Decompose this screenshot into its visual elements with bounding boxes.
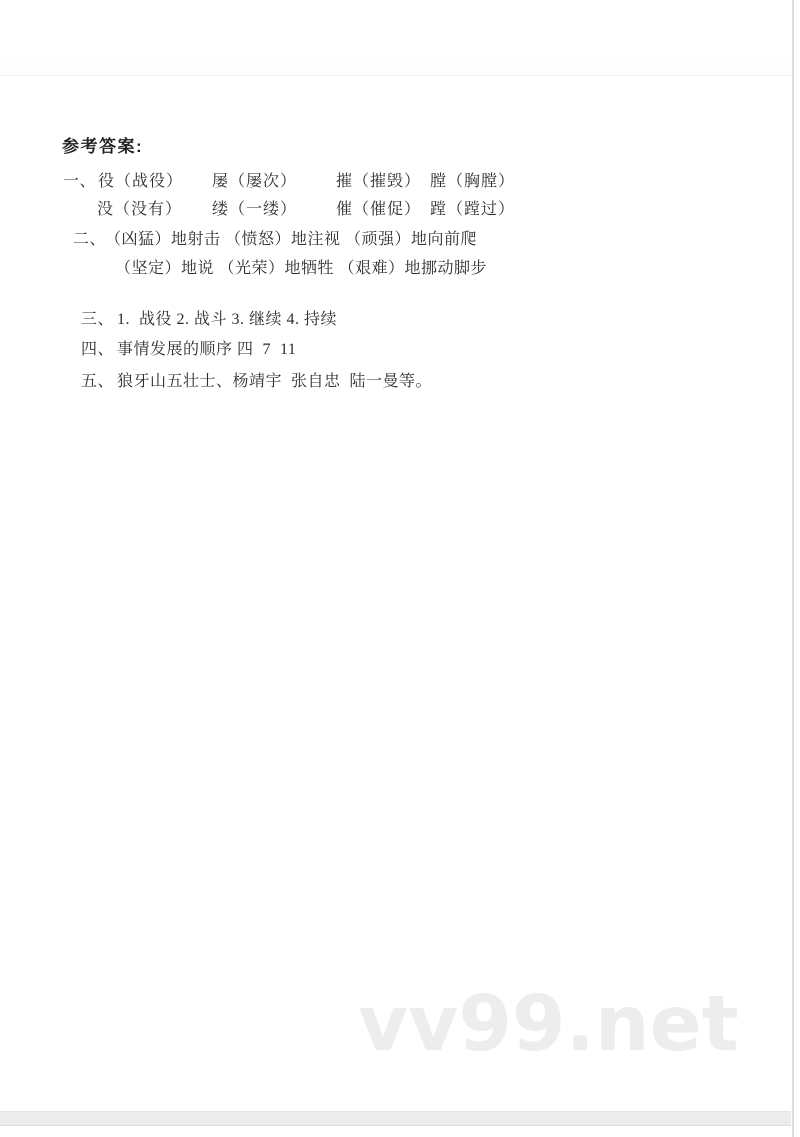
site-watermark: vv99.net bbox=[358, 986, 739, 1063]
section-two-label: 二、 bbox=[73, 229, 109, 251]
page-gap-separator bbox=[0, 1111, 791, 1126]
page-edge-line bbox=[792, 0, 794, 1137]
page-top-separator bbox=[0, 62, 791, 76]
answer-cell: 没（没有） bbox=[97, 199, 182, 221]
section-five-label: 五、 bbox=[81, 371, 117, 393]
answer-line: （坚定）地说 （光荣）地牺牲 （艰难）地挪动脚步 bbox=[115, 258, 487, 280]
answer-cell: 催（催促） bbox=[336, 199, 421, 221]
answer-line: 五、狼牙山五壮士、杨靖宇 张自忠 陆一曼等。 bbox=[63, 349, 432, 415]
section-one-label: 一、 bbox=[63, 171, 99, 193]
answer-line: （凶猛）地射击 （愤怒）地注视 （顽强）地向前爬 bbox=[105, 229, 477, 251]
document-page: 参考答案: 一、 役（战役） 屡（屡次） 摧（摧毁） 膛（胸膛） 没（没有） 缕… bbox=[0, 0, 800, 1137]
answer-cell: 膛（胸膛） bbox=[430, 171, 515, 193]
page-title: 参考答案: bbox=[62, 135, 143, 159]
section-five-text: 狼牙山五壮士、杨靖宇 张自忠 陆一曼等。 bbox=[117, 373, 432, 390]
answer-cell: 蹚（蹚过） bbox=[430, 199, 515, 221]
answer-cell: 役（战役） bbox=[98, 171, 183, 193]
answer-cell: 摧（摧毁） bbox=[336, 171, 421, 193]
answer-cell: 屡（屡次） bbox=[212, 171, 297, 193]
answer-cell: 缕（一缕） bbox=[212, 199, 297, 221]
